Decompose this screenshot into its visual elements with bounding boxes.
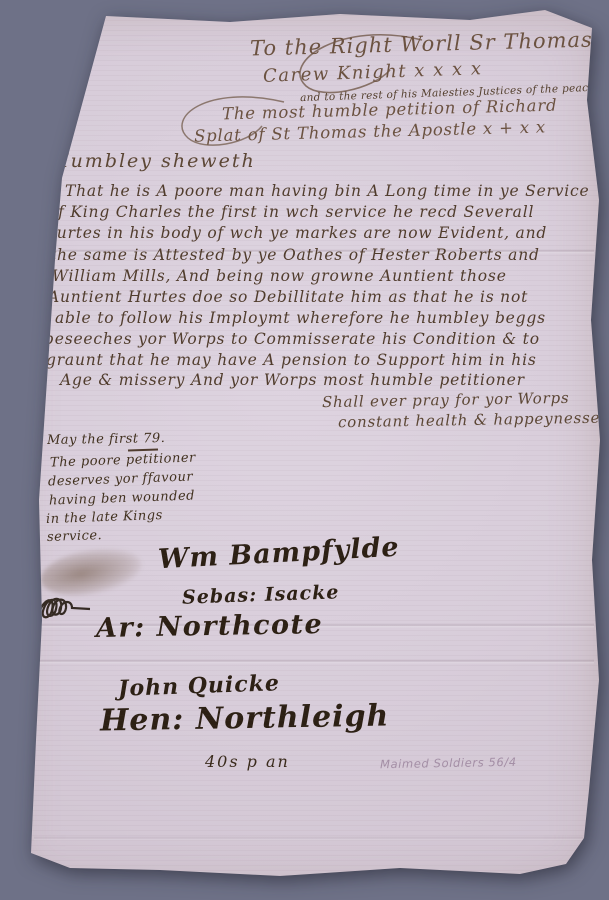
date-underline	[128, 448, 158, 451]
body-line: of King Charles the first in wch service…	[48, 203, 534, 221]
closing-line: constant health & happeynesse	[338, 409, 601, 432]
signature: Sebas: Isacke	[182, 581, 340, 608]
manuscript-paper: To the Right Worll Sr Thomas Carew Knigh…	[0, 0, 609, 900]
body-line: That he is A poore man having bin A Long…	[65, 182, 590, 200]
margin-note-line: service.	[47, 528, 103, 545]
signature: Hen: Northleigh	[100, 698, 390, 738]
paper-shadow-wrap: To the Right Worll Sr Thomas Carew Knigh…	[0, 0, 609, 900]
signature: John Quicke	[118, 670, 281, 702]
body-line: able to follow his Imploymt wherefore he…	[55, 309, 546, 327]
body-line: graunt that he may have A pension to Sup…	[46, 351, 537, 369]
fold-crease	[34, 836, 594, 841]
signature: Wm Bampfylde	[157, 532, 400, 576]
body-line: Age & missery And yor Worps most humble …	[60, 371, 525, 389]
archive-pencil-note: Maimed Soldiers 56/4	[380, 755, 517, 771]
margin-note-line: The poore petitioner	[50, 450, 196, 470]
body-line: beseeches yor Worps to Commisserate his …	[44, 330, 540, 348]
body-line: the same is Attested by ye Oathes of Hes…	[50, 246, 540, 264]
body-line: hurtes in his body of wch ye markes are …	[46, 224, 547, 242]
pension-award: 40s p an	[205, 752, 290, 771]
closing-line: Shall ever pray for yor Worps	[322, 389, 570, 411]
fold-crease	[34, 659, 594, 664]
signature: Ar: Northcote	[96, 609, 324, 644]
body-line: William Mills, And being now growne Aunt…	[52, 267, 507, 285]
margin-note-line: in the late Kings	[46, 508, 163, 527]
margin-note-date: May the first 79.	[47, 431, 166, 448]
ink-blot	[41, 281, 48, 287]
margin-note-line: having ben wounded	[49, 488, 195, 508]
salutation: Humbley sheweth	[52, 150, 256, 172]
body-line: Auntient Hurtes doe so Debillitate him a…	[48, 288, 528, 306]
manuscript-scan-view: { "page": { "background_color": "#6e7187…	[0, 0, 609, 900]
margin-note-line: deserves yor ffavour	[48, 469, 194, 489]
